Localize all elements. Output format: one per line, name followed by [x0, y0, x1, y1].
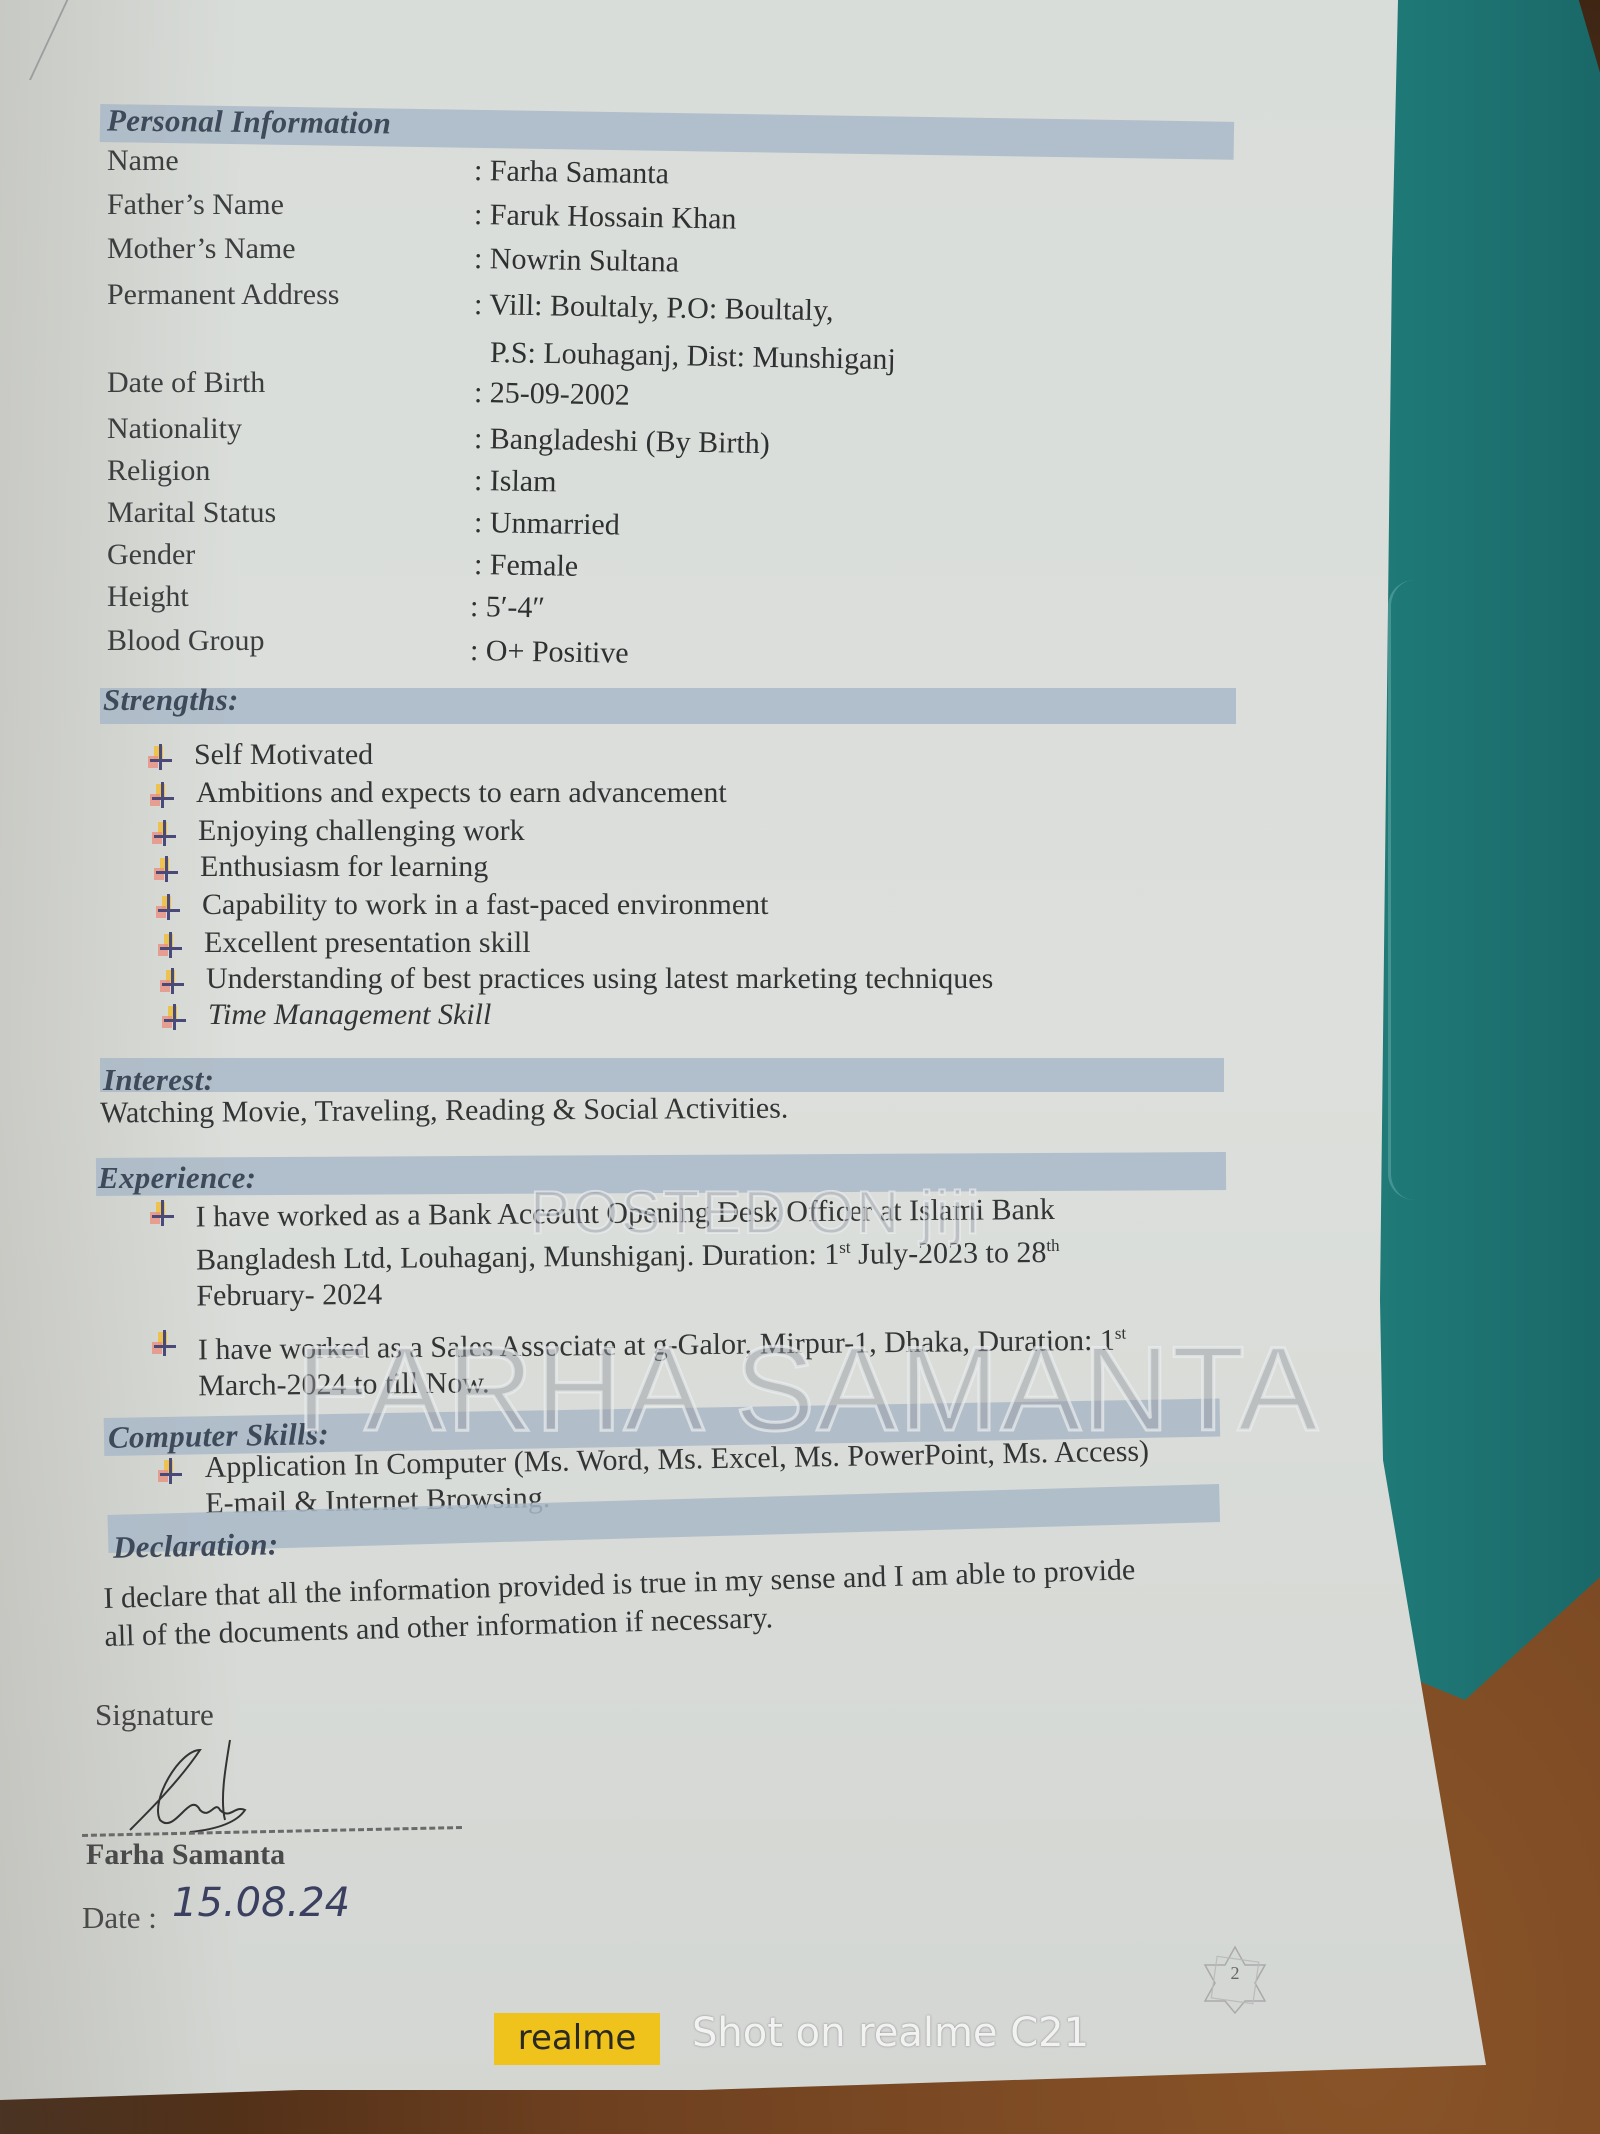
section-title-strengths: Strengths:	[103, 682, 239, 718]
personal-value: : Faruk Hossain Khan	[474, 198, 737, 237]
personal-value: : Islam	[474, 464, 557, 499]
arrow-bullet-icon	[158, 1458, 184, 1488]
section-band-interest	[100, 1058, 1224, 1092]
strength-item: Time Management Skill	[208, 998, 491, 1032]
camera-caption: Shot on realme C21	[692, 2010, 1089, 2056]
strength-item: Ambitions and expects to earn advancemen…	[196, 776, 727, 810]
personal-value: : Female	[474, 548, 579, 584]
section-title-personal: Personal Information	[107, 103, 392, 142]
arrow-bullet-icon	[154, 856, 180, 886]
strength-item: Enthusiasm for learning	[200, 850, 488, 884]
declaration-text: I declare that all the information provi…	[103, 1551, 1137, 1656]
personal-label: Blood Group	[107, 624, 265, 658]
personal-label: Permanent Address	[107, 278, 339, 312]
personal-value: : Unmarried	[474, 506, 620, 543]
section-band-strengths	[100, 688, 1236, 724]
personal-label: Height	[107, 580, 189, 614]
handwritten-signature	[120, 1730, 270, 1840]
watermark-posted-on: POSTED ON jiji	[530, 1178, 981, 1247]
interest-text: Watching Movie, Traveling, Reading & Soc…	[100, 1091, 789, 1132]
signature-label: Signature	[95, 1697, 214, 1733]
personal-value: P.S: Louhaganj, Dist: Munshiganj	[490, 336, 896, 377]
personal-value: : Farha Samanta	[474, 154, 670, 191]
camera-brand-logo: realme	[494, 2013, 660, 2065]
personal-value: : O+ Positive	[470, 634, 629, 671]
personal-label: Father’s Name	[107, 188, 284, 222]
strength-item: Enjoying challenging work	[198, 814, 525, 848]
personal-value: : Vill: Boultaly, P.O: Boultaly,	[474, 288, 834, 328]
arrow-bullet-icon	[160, 968, 186, 998]
arrow-bullet-icon	[156, 894, 182, 924]
personal-value: : 5′-4″	[470, 590, 545, 625]
personal-label: Mother’s Name	[107, 232, 296, 266]
section-title-interest: Interest:	[103, 1062, 214, 1098]
personal-value: : Bangladeshi (By Birth)	[474, 422, 770, 461]
section-title-experience: Experience:	[98, 1160, 256, 1196]
arrow-bullet-icon	[148, 744, 174, 774]
personal-label: Date of Birth	[107, 366, 265, 400]
personal-label: Gender	[107, 538, 195, 572]
resume-content: Personal Information Name: Farha Samanta…	[0, 0, 1600, 2134]
signature-name: Farha Samanta	[86, 1838, 285, 1872]
arrow-bullet-icon	[152, 1330, 178, 1360]
personal-label: Marital Status	[107, 496, 276, 530]
experience-1-line-3: February- 2024	[196, 1270, 1216, 1315]
personal-label: Nationality	[107, 412, 242, 446]
arrow-bullet-icon	[158, 932, 184, 962]
strength-item: Self Motivated	[194, 738, 373, 772]
arrow-bullet-icon	[150, 782, 176, 812]
personal-label: Name	[107, 144, 179, 178]
date-label: Date :	[82, 1900, 157, 1936]
arrow-bullet-icon	[162, 1004, 188, 1034]
personal-value: : Nowrin Sultana	[474, 242, 680, 280]
section-title-declaration: Declaration:	[113, 1526, 279, 1565]
strength-item: Capability to work in a fast-paced envir…	[202, 888, 769, 922]
page-number: 2	[1200, 1945, 1270, 2015]
strength-item: Excellent presentation skill	[204, 926, 531, 960]
watermark-name: FARHA SAMANTA	[296, 1320, 1320, 1458]
arrow-bullet-icon	[152, 820, 178, 850]
strength-item: Understanding of best practices using la…	[206, 962, 993, 996]
date-value-handwritten: 15.08.24	[172, 1880, 350, 1926]
arrow-bullet-icon	[150, 1200, 176, 1230]
personal-value: : 25-09-2002	[474, 376, 630, 413]
personal-label: Religion	[107, 454, 210, 488]
